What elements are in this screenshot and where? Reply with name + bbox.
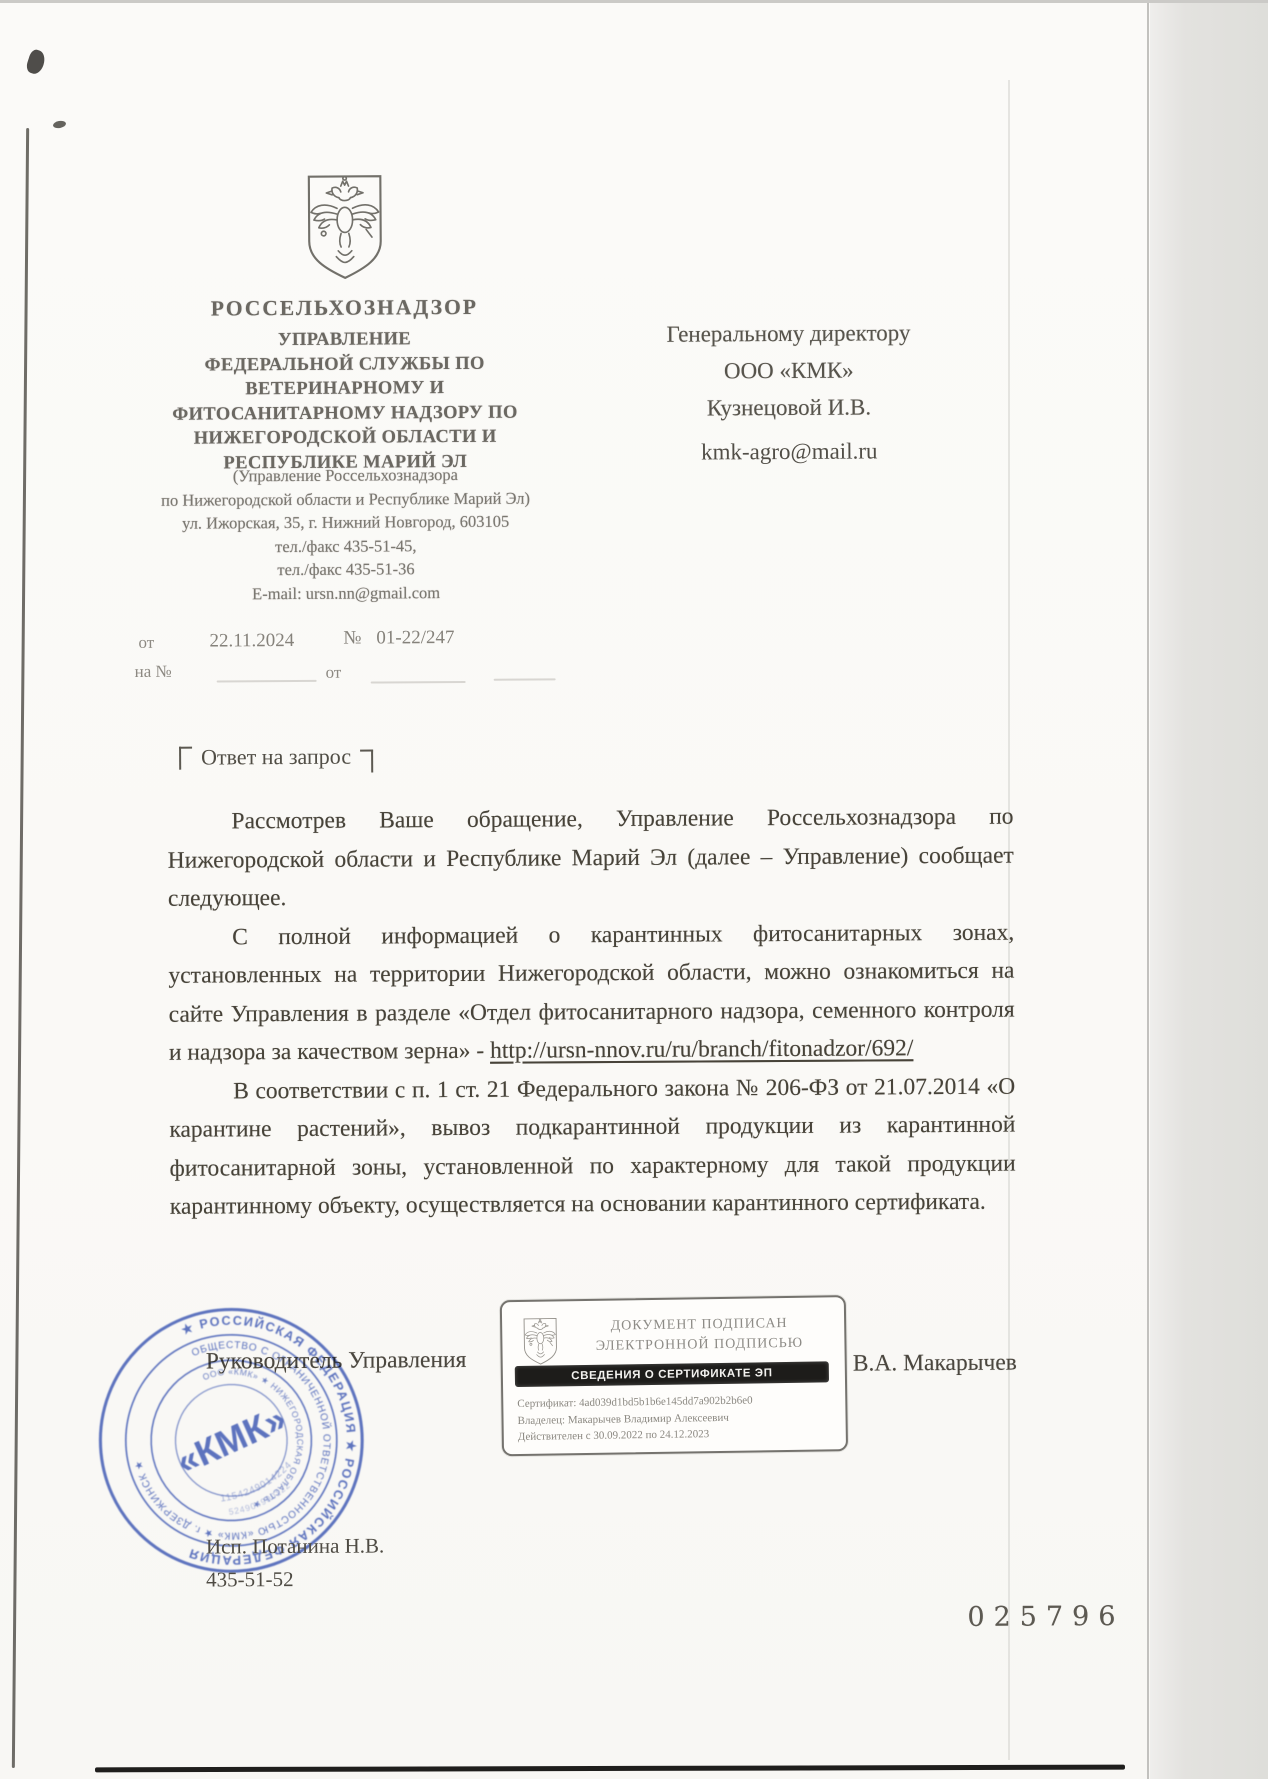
esign-certificate-validity: Действителен с 30.09.2022 по 24.12.2023: [518, 1424, 832, 1445]
esign-band-label: СВЕДЕНИЯ О СЕРТИФИКАТЕ ЭП: [571, 1367, 772, 1382]
esign-certificate-details: Сертификат: 4ad039d1bd5b1b6e145dd7a902b2…: [517, 1391, 832, 1445]
letterhead-agency: РОССЕЛЬХОЗНАДЗОР: [100, 294, 588, 322]
letter-content: РОССЕЛЬХОЗНАДЗОР УПРАВЛЕНИЕ ФЕДЕРАЛЬНОЙ …: [0, 0, 1268, 1779]
executor-block: Исп. Потанина Н.В. 435-51-52: [206, 1529, 385, 1596]
letterhead-email: E-mail: ursn.nn@gmail.com: [102, 580, 590, 606]
letterhead-org-line: ФИТОСАНИТАРНОМУ НАДЗОРУ ПО: [101, 400, 589, 427]
scanned-letter-page: РОССЕЛЬХОЗНАДЗОР УПРАВЛЕНИЕ ФЕДЕРАЛЬНОЙ …: [0, 0, 1268, 1779]
blank-field-line: [494, 678, 556, 680]
recipient-position: Генеральному директору: [608, 314, 968, 353]
stamp-center-text: «КМК»: [170, 1398, 292, 1483]
letterhead-phone: тел./факс 435-51-36: [102, 556, 590, 582]
esign-eagle-icon: [518, 1315, 563, 1367]
letterhead-alt-name: (Управление Россельхознадзора: [101, 462, 589, 488]
body-paragraph-2: С полной информацией о карантинных фитос…: [168, 913, 1015, 1072]
ref-from-label: от: [138, 633, 154, 653]
body-link-url: http://ursn-nnov.ru/ru/branch/fitonadzor…: [490, 1035, 914, 1064]
letterhead-org-line: НИЖЕГОРОДСКОЙ ОБЛАСТИ И: [101, 424, 589, 451]
subject-corner-bracket-right: [360, 750, 373, 773]
letterhead-org-line: УПРАВЛЕНИЕ: [101, 326, 589, 353]
letterhead-contacts: (Управление Россельхознадзора по Нижегор…: [101, 462, 590, 606]
ref-date: 22.11.2024: [209, 630, 294, 653]
body-paragraph-3: В соответствии с п. 1 ст. 21 Федеральног…: [169, 1067, 1016, 1226]
subject-corner-bracket-left: [179, 747, 192, 770]
esign-header: ДОКУМЕНТ ПОДПИСАН ЭЛЕКТРОННОЙ ПОДПИСЬЮ: [568, 1313, 831, 1357]
recipient-block: Генеральному директору ООО «КМК» Кузнецо…: [608, 314, 969, 427]
ref-number: 01-22/247: [376, 627, 454, 649]
letterhead-org-line: ФЕДЕРАЛЬНОЙ СЛУЖБЫ ПО: [101, 351, 589, 378]
body-paragraph-1: Рассмотрев Ваше обращение, Управление Ро…: [167, 798, 1014, 919]
electronic-signature-stamp: ДОКУМЕНТ ПОДПИСАН ЭЛЕКТРОННОЙ ПОДПИСЬЮ С…: [500, 1295, 848, 1456]
blank-field-line: [217, 680, 317, 683]
signer-name: В.А. Макарычев: [853, 1350, 1017, 1378]
recipient-person: Кузнецовой И.В.: [609, 388, 969, 427]
ref-reply-from-label: от: [326, 663, 342, 683]
recipient-email: kmk-agro@mail.ru: [609, 438, 969, 466]
subject-text: Ответ на запрос: [201, 744, 351, 771]
coat-of-arms-eagle-icon: [296, 169, 395, 284]
ref-number-label: №: [343, 628, 361, 650]
letterhead-address: ул. Ижорская, 35, г. Нижний Новгород, 60…: [102, 509, 590, 535]
letterhead-org-line: ВЕТЕРИНАРНОМУ И: [101, 375, 589, 402]
executor-phone: 435-51-52: [206, 1562, 385, 1596]
executor-name: Исп. Потанина Н.В.: [206, 1529, 385, 1563]
form-serial-number: 025796: [967, 1601, 1124, 1633]
subject-line: Ответ на запрос: [179, 744, 373, 774]
ref-reply-label: на №: [135, 662, 172, 682]
letter-body: Рассмотрев Ваше обращение, Управление Ро…: [167, 798, 1016, 1227]
letterhead-alt-name: по Нижегородской области и Республике Ма…: [101, 486, 589, 512]
esign-certificate-band: СВЕДЕНИЯ О СЕРТИФИКАТЕ ЭП: [515, 1361, 829, 1387]
letterhead-org-name: УПРАВЛЕНИЕ ФЕДЕРАЛЬНОЙ СЛУЖБЫ ПО ВЕТЕРИН…: [101, 326, 590, 476]
blank-field-line: [371, 681, 466, 684]
letterhead-phone: тел./факс 435-51-45,: [102, 533, 590, 559]
esign-header-line2: ЭЛЕКТРОННОЙ ПОДПИСЬЮ: [568, 1333, 830, 1357]
recipient-company: ООО «КМК»: [609, 351, 969, 390]
